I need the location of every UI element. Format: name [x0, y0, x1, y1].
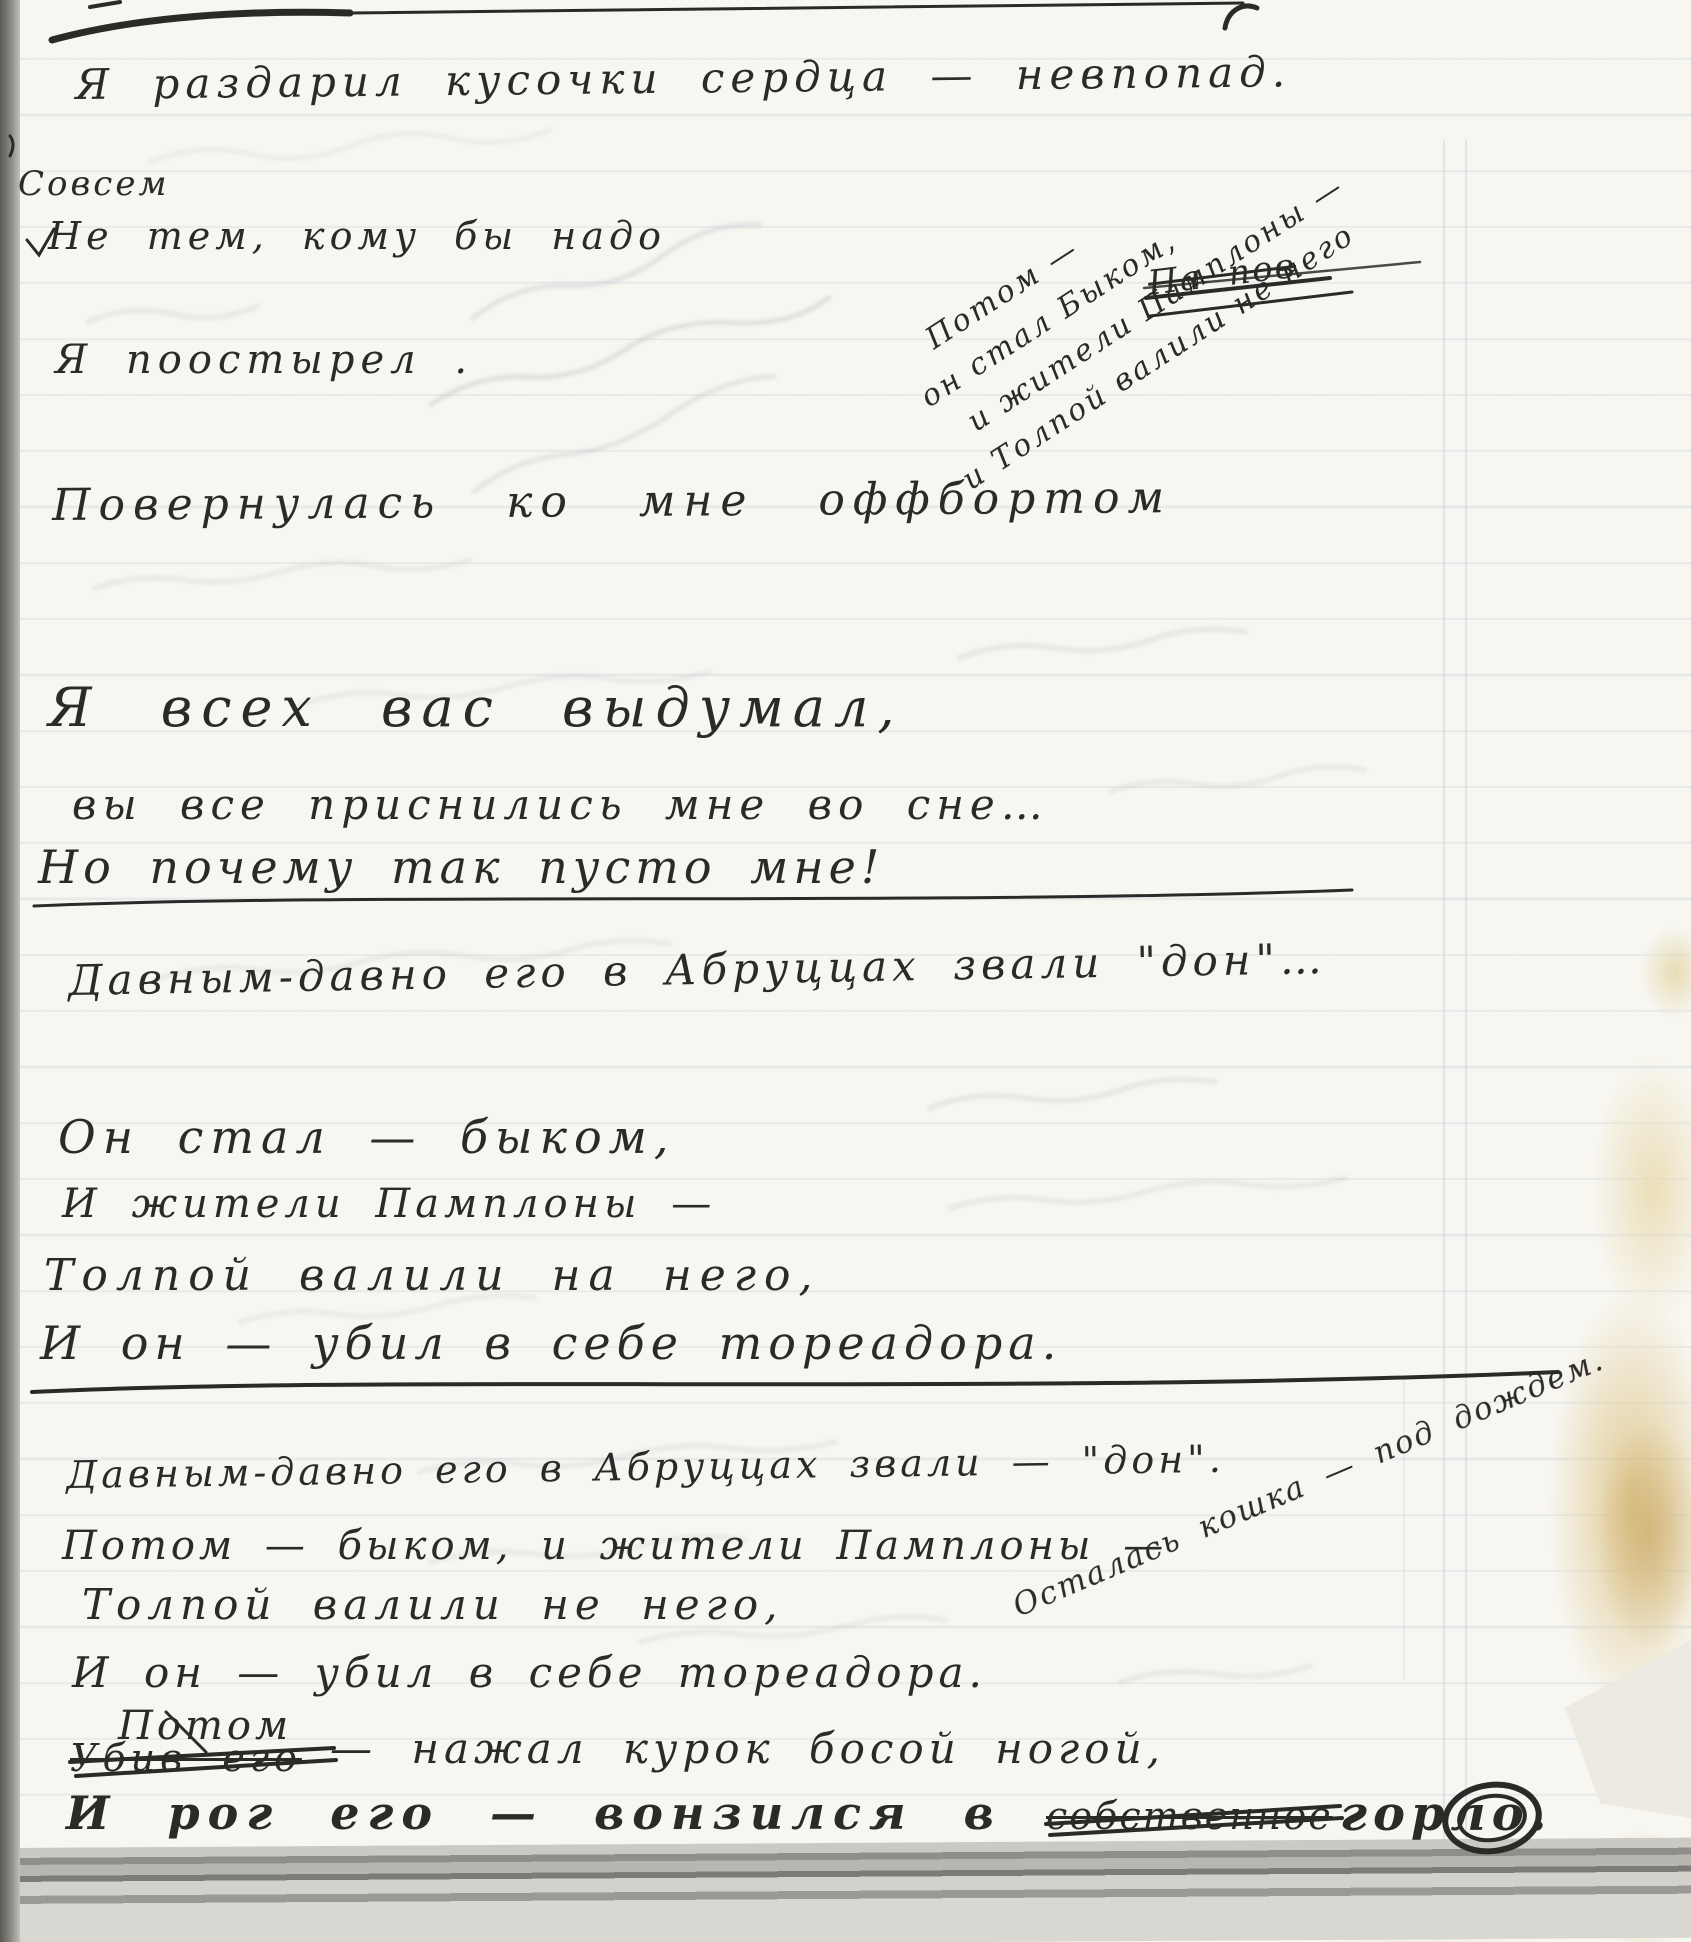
vertical-rule-1	[1443, 140, 1445, 1845]
poem-line: И жители Памплоны —	[62, 1182, 716, 1226]
poem-line: Я раздарил кусочки сердца — невпопад.	[75, 49, 1291, 108]
age-stain	[1592, 1055, 1691, 1325]
struck-out-word: собственное	[1046, 1796, 1333, 1838]
torn-paper-corner	[1565, 1640, 1691, 1818]
poem-line: Не тем, кому бы надо	[48, 216, 666, 258]
page-stack-bottom-edge	[0, 1837, 1691, 1942]
poem-line: И он — убил в себе тореадора.	[72, 1650, 987, 1696]
poem-line: И он — убил в себе тореадора.	[40, 1318, 1062, 1369]
top-thin-line	[350, 3, 1243, 13]
inserted-word: Совсем	[18, 166, 170, 203]
poem-line: Толпой валили не него,	[82, 1582, 783, 1628]
top-thick-stroke	[52, 12, 350, 40]
poem-line: Толпой валили на него,	[44, 1252, 820, 1300]
age-stain	[1640, 925, 1691, 1020]
struck-out-words: Убив его	[70, 1738, 302, 1780]
top-tick	[90, 2, 120, 7]
poem-line: Потом — быком, и жители Памплоны —	[62, 1524, 1167, 1568]
margin-note-diagonal-2: Осталась кошка — под дождем.	[1008, 1343, 1609, 1624]
notebook-page: Я раздарил кусочки сердца — невпопад. Со…	[0, 0, 1691, 1942]
poem-line: Он стал — быком,	[58, 1112, 675, 1163]
top-corner-hook	[1225, 6, 1257, 28]
poem-line: Я всех вас выдумал,	[48, 678, 904, 737]
poem-line: вы все приснились мне во сне…	[72, 782, 1049, 828]
poem-line: — нажал курок босой ногой,	[330, 1726, 1165, 1772]
poem-line: Давным-давно его в Абруццах звали — "дон…	[66, 1439, 1225, 1497]
poem-line: Но почему так пусто мне!	[38, 842, 884, 893]
age-stain	[1595, 1420, 1691, 1650]
poem-line: Я поостырел .	[55, 338, 473, 382]
poem-line: Давным-давно его в Абруццах звали "дон"…	[68, 936, 1327, 1004]
poem-line: И рог его — вонзился в	[66, 1788, 1002, 1839]
scanner-edge	[0, 0, 20, 1942]
poem-line-end: горло.	[1340, 1788, 1552, 1841]
underline-stroke-2	[32, 1372, 1558, 1392]
vertical-rule-2	[1465, 140, 1467, 1845]
margin-note-diagonal-1: Потом — он стал Быком, и жители Памплоны…	[878, 87, 1380, 502]
